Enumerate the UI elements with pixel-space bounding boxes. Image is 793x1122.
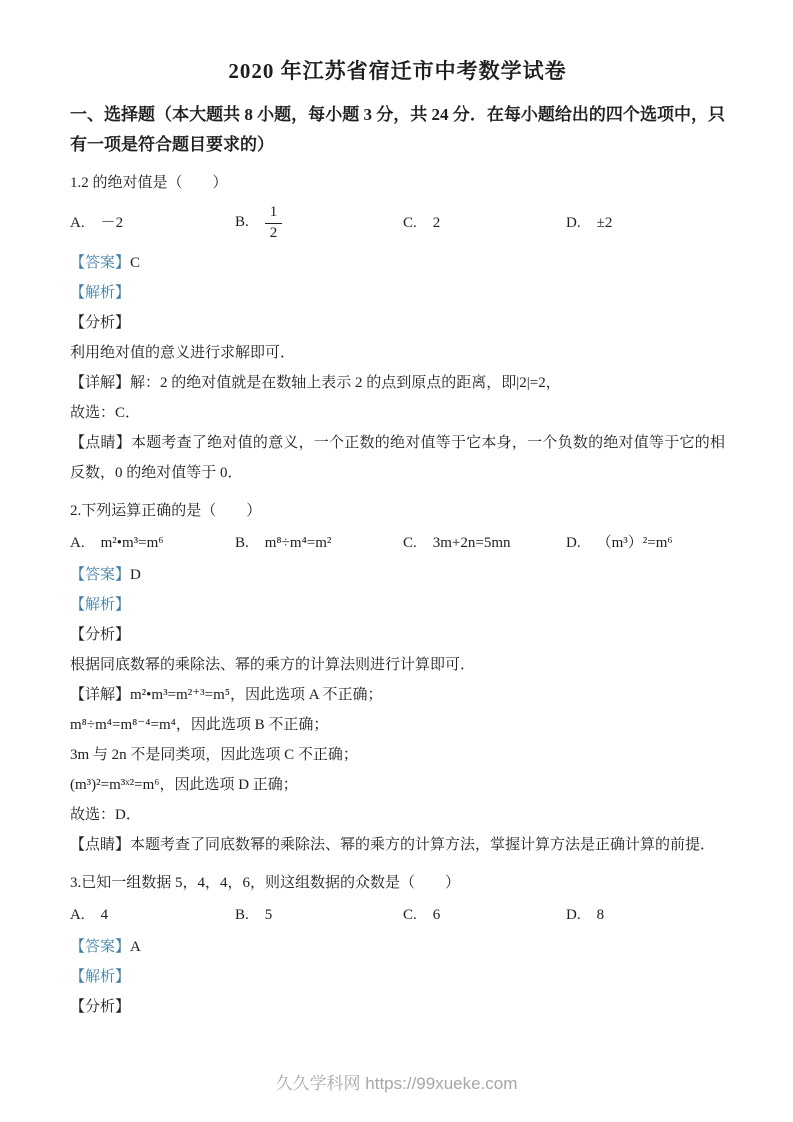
question-1-fenxi-label: 【分析】 [70,308,725,338]
question-1-option-b: B.12 [235,204,403,242]
question-2-fenxi-label: 【分析】 [70,620,725,650]
question-1-answer-line: 【答案】C [70,248,725,278]
question-2-options-row: A.m²•m³=m⁶ B.m⁸÷m⁴=m² C.3m+2n=5mn D.（m³）… [70,528,725,558]
option-value: －2 [101,215,124,231]
option-key: A. [70,535,85,551]
question-2-fenxi-text: 根据同底数幂的乘除法、幂的乘方的计算法则进行计算即可． [70,650,725,680]
question-1: 1.2 的绝对值是（ ） A.－2 B.12 C.2 D.±2 【答案】C 【解… [70,168,725,488]
question-1-conclusion-line: 故选：C． [70,398,725,428]
question-2-detail-line: m⁸÷m⁴=m⁸⁻⁴=m⁴，因此选项 B 不正确； [70,710,725,740]
question-2-stem: 2.下列运算正确的是（ ） [70,496,725,526]
answer-label: 【答案】 [70,255,130,271]
question-1-option-d: D.±2 [566,208,725,238]
option-key: D. [566,907,581,923]
question-3-stem: 3.已知一组数据 5，4，4，6，则这组数据的众数是（ ） [70,868,725,898]
answer-value: A [130,939,141,955]
footer-watermark: 久久学科网 https://99xueke.com [0,1069,793,1094]
option-key: B. [235,907,249,923]
question-3-options-row: A.4 B.5 C.6 D.8 [70,900,725,930]
option-key: A. [70,215,85,231]
option-value: 2 [433,215,441,231]
question-3-answer-line: 【答案】A [70,932,725,962]
option-value: 3m+2n=5mn [433,535,511,551]
question-2-detail-line: 【详解】m²•m³=m²⁺³=m⁵，因此选项 A 不正确； [70,680,725,710]
question-3-fenxi-label: 【分析】 [70,992,725,1022]
question-2-option-d: D.（m³）²=m⁶ [566,528,725,558]
option-value: （m³）²=m⁶ [597,535,673,551]
question-3-option-b: B.5 [235,900,403,930]
option-key: B. [235,214,249,230]
question-2-option-c: C.3m+2n=5mn [403,528,566,558]
option-key: C. [403,907,417,923]
option-key: A. [70,907,85,923]
question-1-fenxi-text: 利用绝对值的意义进行求解即可． [70,338,725,368]
question-1-stem: 1.2 的绝对值是（ ） [70,168,725,198]
question-2-note-line: 【点睛】本题考查了同底数幂的乘除法、幂的乘方的计算方法，掌握计算方法是正确计算的… [70,830,725,860]
option-key: C. [403,215,417,231]
fraction-denominator: 2 [270,224,278,242]
option-value: 4 [101,907,109,923]
option-value: m⁸÷m⁴=m² [265,535,332,551]
question-3-jiexi-label: 【解析】 [70,962,725,992]
question-3-option-a: A.4 [70,900,235,930]
section-heading: 一、选择题（本大题共 8 小题，每小题 3 分，共 24 分．在每小题给出的四个… [70,100,725,160]
answer-label: 【答案】 [70,567,130,583]
question-2-detail-line: 3m 与 2n 不是同类项，因此选项 C 不正确； [70,740,725,770]
question-1-option-c: C.2 [403,208,566,238]
answer-value: C [130,255,140,271]
option-value: ±2 [597,215,613,231]
question-2-jiexi-label: 【解析】 [70,590,725,620]
question-2: 2.下列运算正确的是（ ） A.m²•m³=m⁶ B.m⁸÷m⁴=m² C.3m… [70,496,725,860]
question-1-option-a: A.－2 [70,208,235,238]
question-3-option-d: D.8 [566,900,725,930]
question-2-answer-line: 【答案】D [70,560,725,590]
option-value: 8 [597,907,605,923]
question-2-option-a: A.m²•m³=m⁶ [70,528,235,558]
document-content: 2020 年江苏省宿迁市中考数学试卷 一、选择题（本大题共 8 小题，每小题 3… [0,0,793,1022]
question-2-conclusion-line: 故选：D． [70,800,725,830]
option-key: B. [235,535,249,551]
question-1-options-row: A.－2 B.12 C.2 D.±2 [70,200,725,246]
page-title: 2020 年江苏省宿迁市中考数学试卷 [70,0,725,86]
option-value: 6 [433,907,441,923]
question-3: 3.已知一组数据 5，4，4，6，则这组数据的众数是（ ） A.4 B.5 C.… [70,868,725,1022]
question-2-detail-line: (m³)²=m³ˣ²=m⁶，因此选项 D 正确； [70,770,725,800]
option-key: D. [566,535,581,551]
question-1-note-line: 【点睛】本题考查了绝对值的意义，一个正数的绝对值等于它本身，一个负数的绝对值等于… [70,428,725,488]
exam-document-page: 2020 年江苏省宿迁市中考数学试卷 一、选择题（本大题共 8 小题，每小题 3… [0,0,793,1122]
question-1-jiexi-label: 【解析】 [70,278,725,308]
fraction-numerator: 1 [265,204,283,223]
fraction: 12 [265,204,283,242]
answer-label: 【答案】 [70,939,130,955]
answer-value: D [130,567,141,583]
option-key: D. [566,215,581,231]
question-1-detail-line: 【详解】解：2 的绝对值就是在数轴上表示 2 的点到原点的距离，即|2|=2， [70,368,725,398]
question-2-option-b: B.m⁸÷m⁴=m² [235,528,403,558]
option-value: m²•m³=m⁶ [101,535,164,551]
option-value: 5 [265,907,273,923]
question-3-option-c: C.6 [403,900,566,930]
option-key: C. [403,535,417,551]
